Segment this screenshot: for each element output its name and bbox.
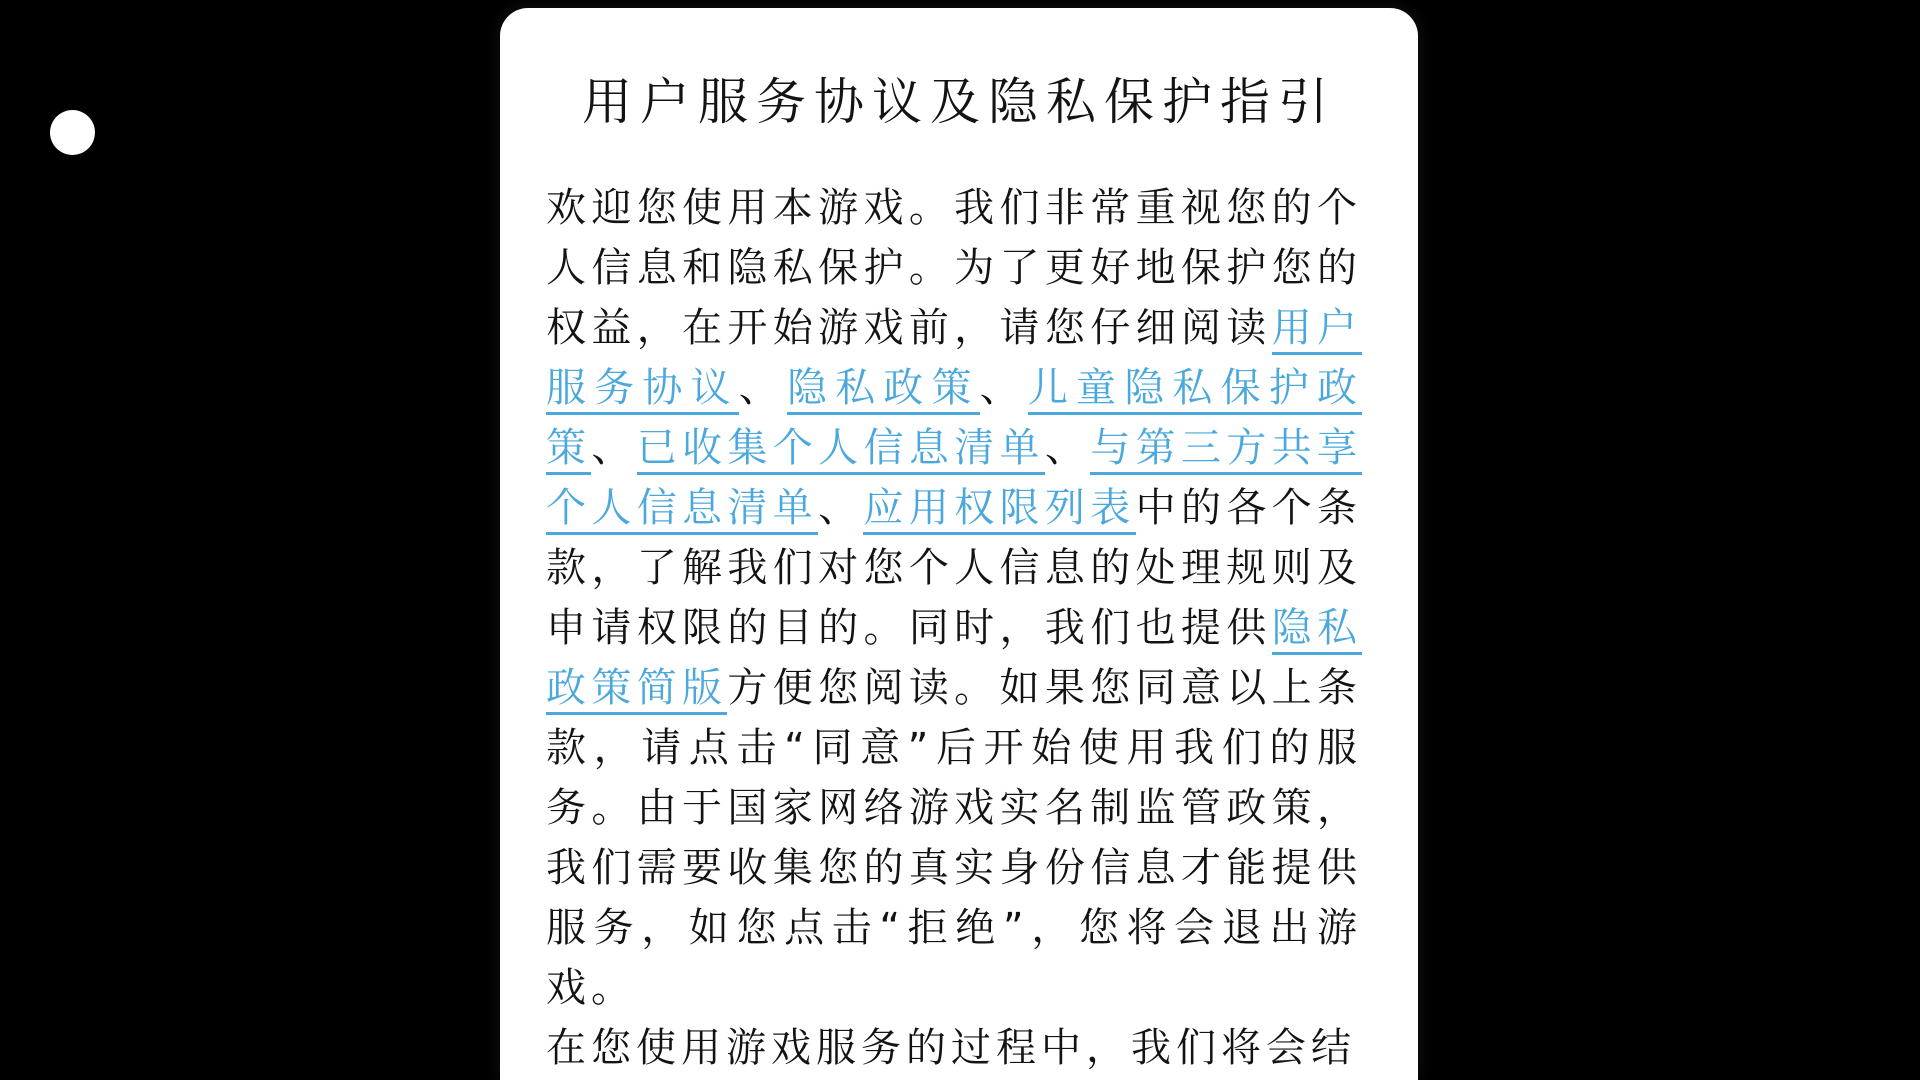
agreement-text-segment: 方便您阅读。如果您同意以上条款，请点击“同意”后开始使用我们的服务。由于国家网络… (546, 665, 1362, 1011)
agreement-text-segment: 、 (980, 365, 1028, 411)
agreement-text-segment: 欢迎您使用本游戏。我们非常重视您的个人信息和隐私保护。为了更好地保护您的权益，在… (546, 185, 1362, 351)
agreement-text-segment: 在您使用游戏服务的过程中，我们将会结 (546, 1025, 1356, 1071)
game-screen: 用户服务协议及隐私保护指引 欢迎您使用本游戏。我们非常重视您的个人信息和隐私保护… (0, 0, 1920, 1080)
dialog-title: 用户服务协议及隐私保护指引 (520, 62, 1398, 134)
agreement-paragraph: 欢迎您使用本游戏。我们非常重视您的个人信息和隐私保护。为了更好地保护您的权益，在… (546, 178, 1362, 1018)
agreement-text-segment: 、 (591, 425, 636, 471)
privacy-policy-link[interactable]: 隐私政策 (787, 365, 980, 415)
collected-personal-info-list-link[interactable]: 已收集个人信息清单 (637, 425, 1045, 475)
agreement-text-segment: 、 (818, 485, 863, 531)
camera-cutout-dot (50, 110, 95, 155)
app-permission-list-link[interactable]: 应用权限列表 (863, 485, 1135, 535)
agreement-dialog: 用户服务协议及隐私保护指引 欢迎您使用本游戏。我们非常重视您的个人信息和隐私保护… (500, 8, 1418, 1080)
agreement-text: 欢迎您使用本游戏。我们非常重视您的个人信息和隐私保护。为了更好地保护您的权益，在… (546, 178, 1362, 1078)
agreement-text-segment: 、 (1045, 425, 1090, 471)
agreement-text-segment: 、 (739, 365, 787, 411)
agreement-paragraph: 在您使用游戏服务的过程中，我们将会结 (546, 1018, 1362, 1078)
